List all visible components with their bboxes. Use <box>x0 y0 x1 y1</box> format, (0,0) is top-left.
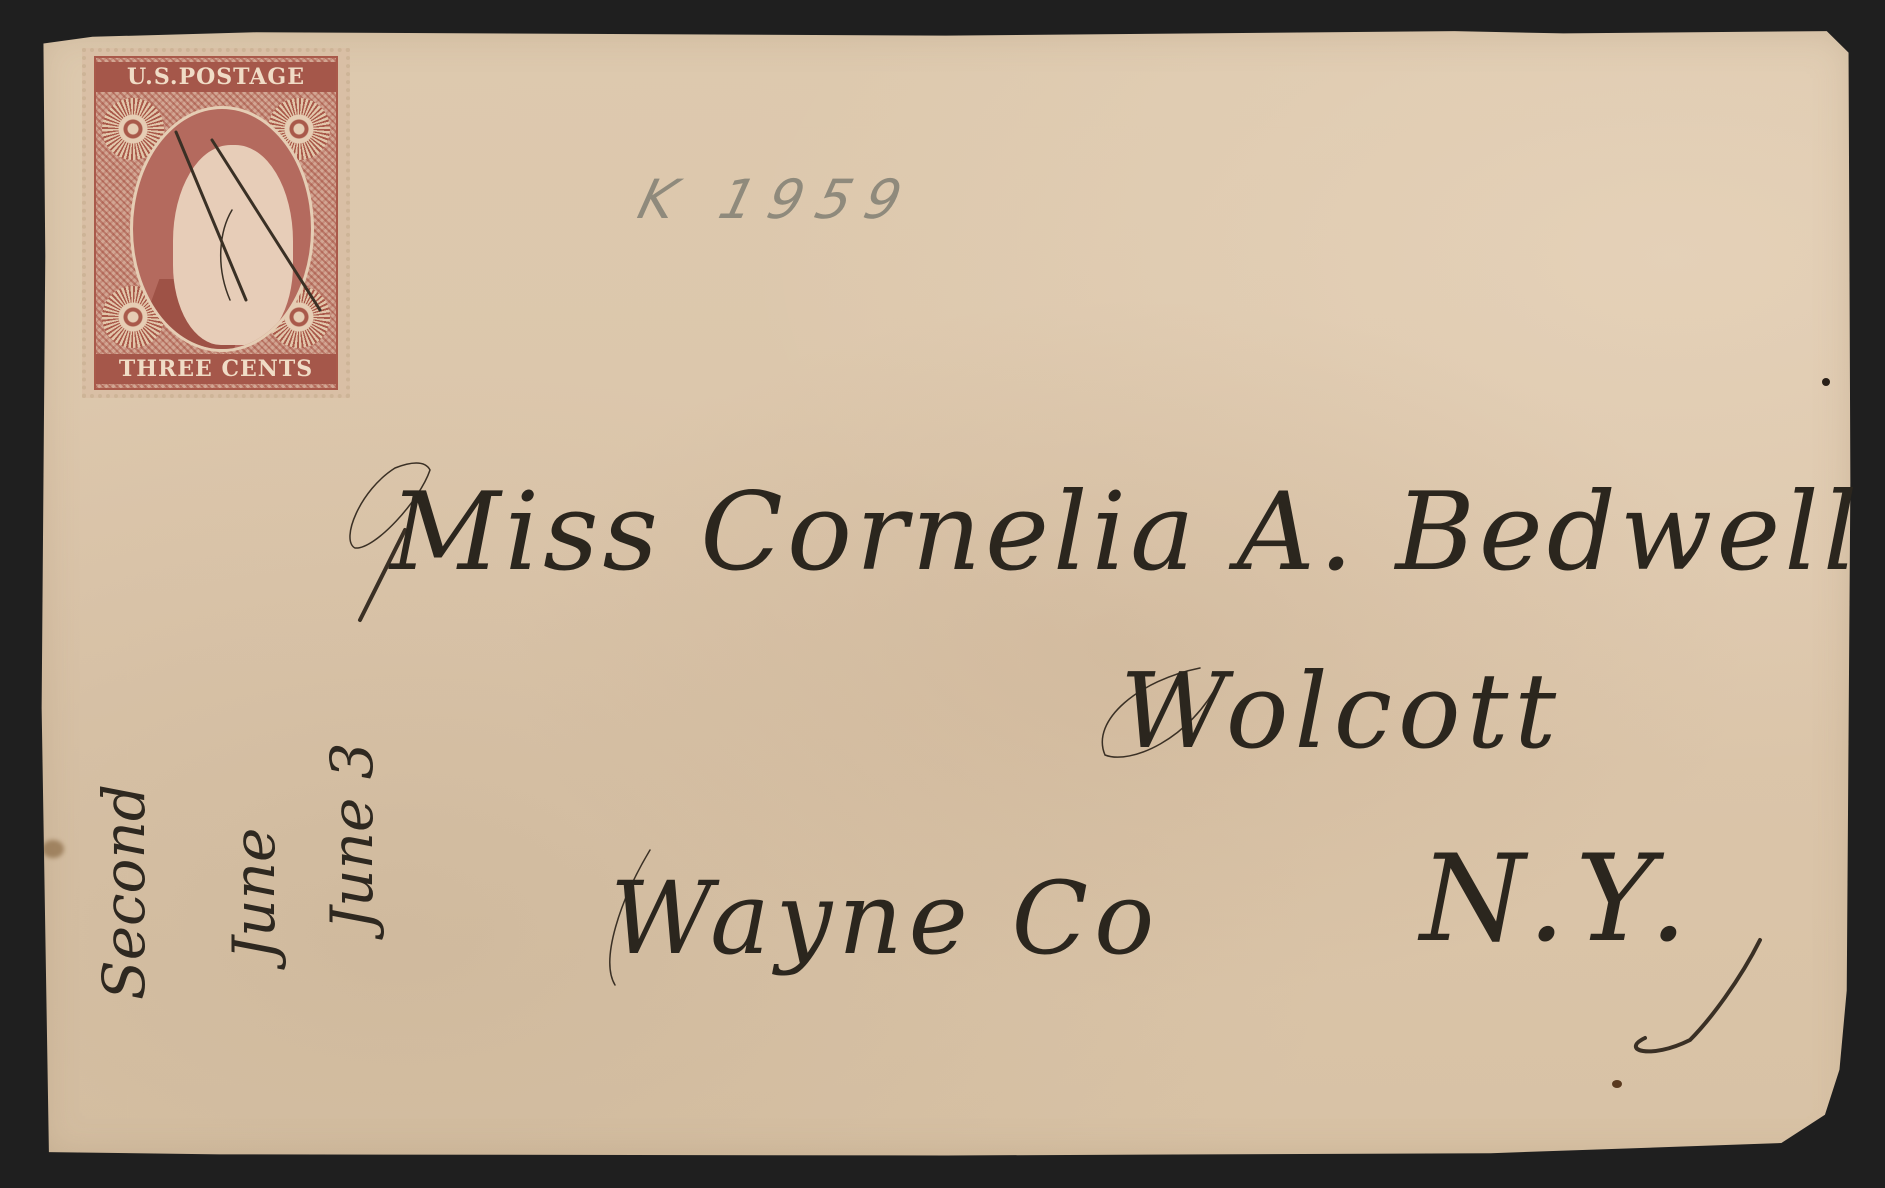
address-line-town: Wolcott <box>1120 650 1562 772</box>
address-line-state: N.Y. <box>1420 830 1697 969</box>
side-note-line-2: June <box>220 828 288 960</box>
pencil-notation: K 1959 <box>632 168 922 231</box>
side-note-line-1: Second <box>90 784 158 1000</box>
address-line-county: Wayne Co <box>610 860 1160 977</box>
address-line-recipient: Miss Cornelia A. Bedwell <box>390 470 1861 595</box>
side-note-line-3: June 3 <box>318 742 386 930</box>
